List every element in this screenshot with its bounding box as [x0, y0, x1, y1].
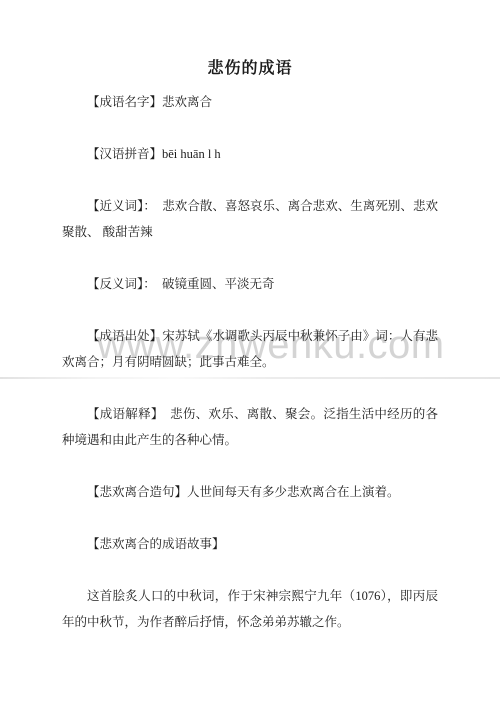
para-synonyms: 【近义词】： 悲欢合散、喜怒哀乐、离合悲欢、生离死别、悲欢聚散、 酸甜苦辣 — [62, 193, 438, 245]
page-title: 悲伤的成语 — [62, 58, 438, 80]
para-story-body: 这首脍炙人口的中秋词，作于宋神宗熙宁九年（1076），即丙辰年的中秋节，为作者醉… — [62, 583, 438, 635]
document-page: www.zhwenku.com 悲伤的成语 【成语名字】悲欢离合 【汉语拼音】b… — [0, 0, 500, 708]
para-explanation: 【成语解释】 悲伤、欢乐、离散、聚会。泛指生活中经历的各种境遇和由此产生的各种心… — [62, 401, 438, 453]
para-pinyin: 【汉语拼音】bēi huān l h — [62, 141, 438, 167]
document-content: 悲伤的成语 【成语名字】悲欢离合 【汉语拼音】bēi huān l h 【近义词… — [0, 0, 500, 635]
para-antonyms: 【反义词】： 破镜重圆、平淡无奇 — [62, 271, 438, 297]
para-story-heading: 【悲欢离合的成语故事】 — [62, 531, 438, 557]
para-example-sentence: 【悲欢离合造句】人世间每天有多少悲欢离合在上演着。 — [62, 479, 438, 505]
para-idiom-name: 【成语名字】悲欢离合 — [62, 89, 438, 115]
para-source: 【成语出处】宋苏轼《水调歌头丙辰中秋兼怀子由》词：人有悲欢离合；月有阴晴圆缺；此… — [62, 323, 438, 375]
